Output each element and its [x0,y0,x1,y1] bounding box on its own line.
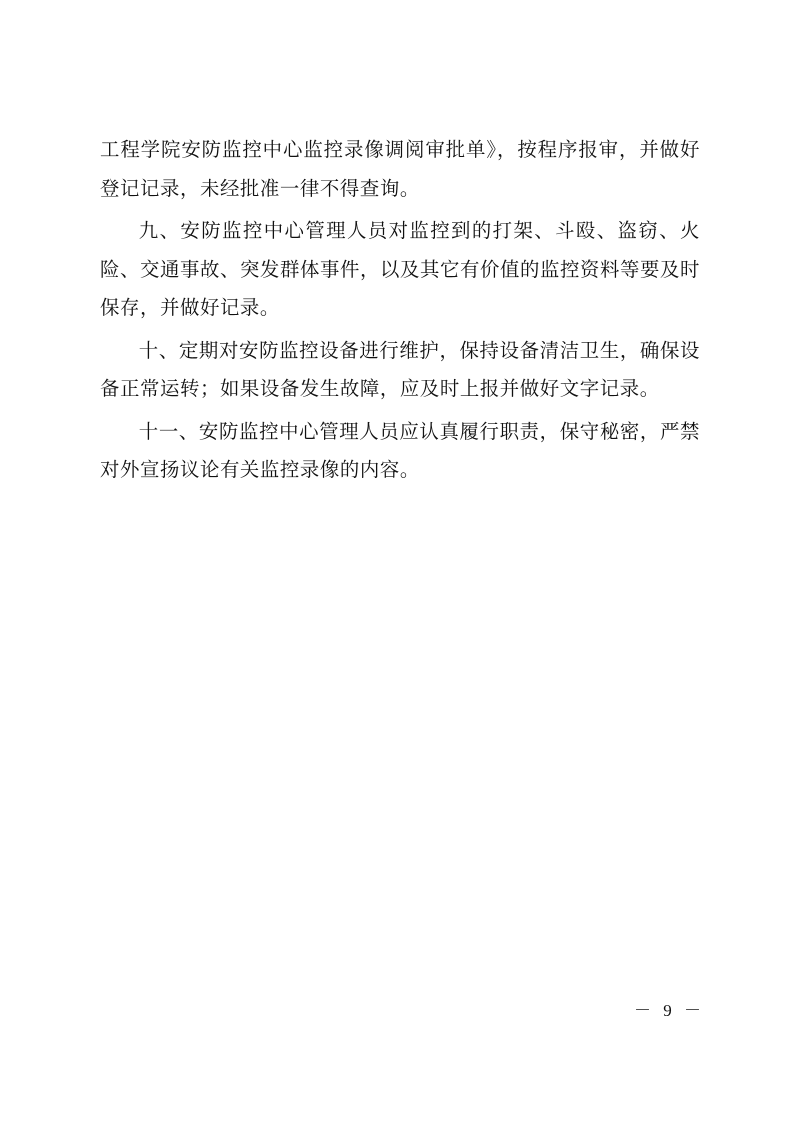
paragraph-item-11: 十一、安防监控中心管理人员应认真履行职责，保守秘密，严禁对外宣扬议论有关监控录像… [100,413,700,490]
document-body: 工程学院安防监控中心监控录像调阅审批单》，按程序报审，并做好登记记录，未经批准一… [100,131,700,490]
paragraph-item-9: 九、安防监控中心管理人员对监控到的打架、斗殴、盗窃、火险、交通事故、突发群体事件… [100,212,700,328]
document-page: 工程学院安防监控中心监控录像调阅审批单》，按程序报审，并做好登记记录，未经批准一… [0,0,794,1123]
paragraph-continuation: 工程学院安防监控中心监控录像调阅审批单》，按程序报审，并做好登记记录，未经批准一… [100,131,700,208]
paragraph-item-10: 十、定期对安防监控设备进行维护，保持设备清洁卫生，确保设备正常运转；如果设备发生… [100,332,700,409]
page-number: － 9 － [634,996,714,1021]
